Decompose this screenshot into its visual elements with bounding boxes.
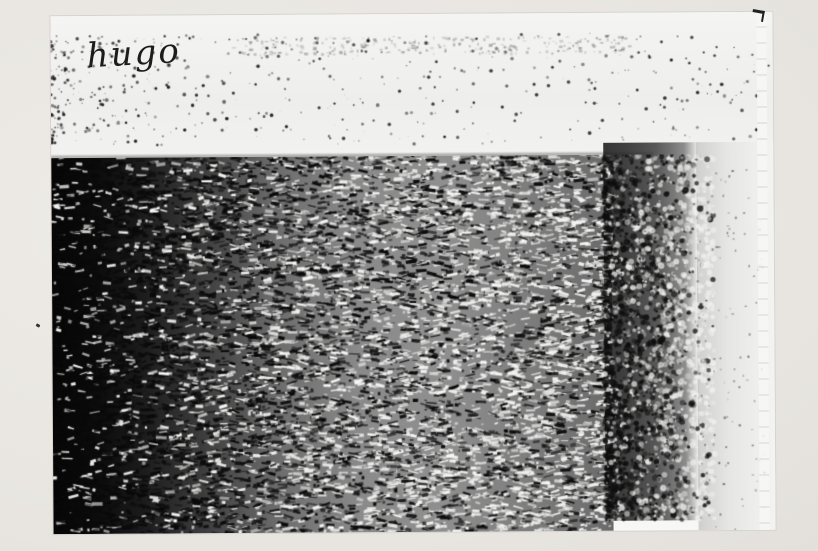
grain-texture [51, 154, 775, 534]
corner-ink-mark [751, 9, 765, 22]
print-sheet: hugo [50, 12, 775, 534]
handwritten-signature: hugo [86, 31, 182, 76]
